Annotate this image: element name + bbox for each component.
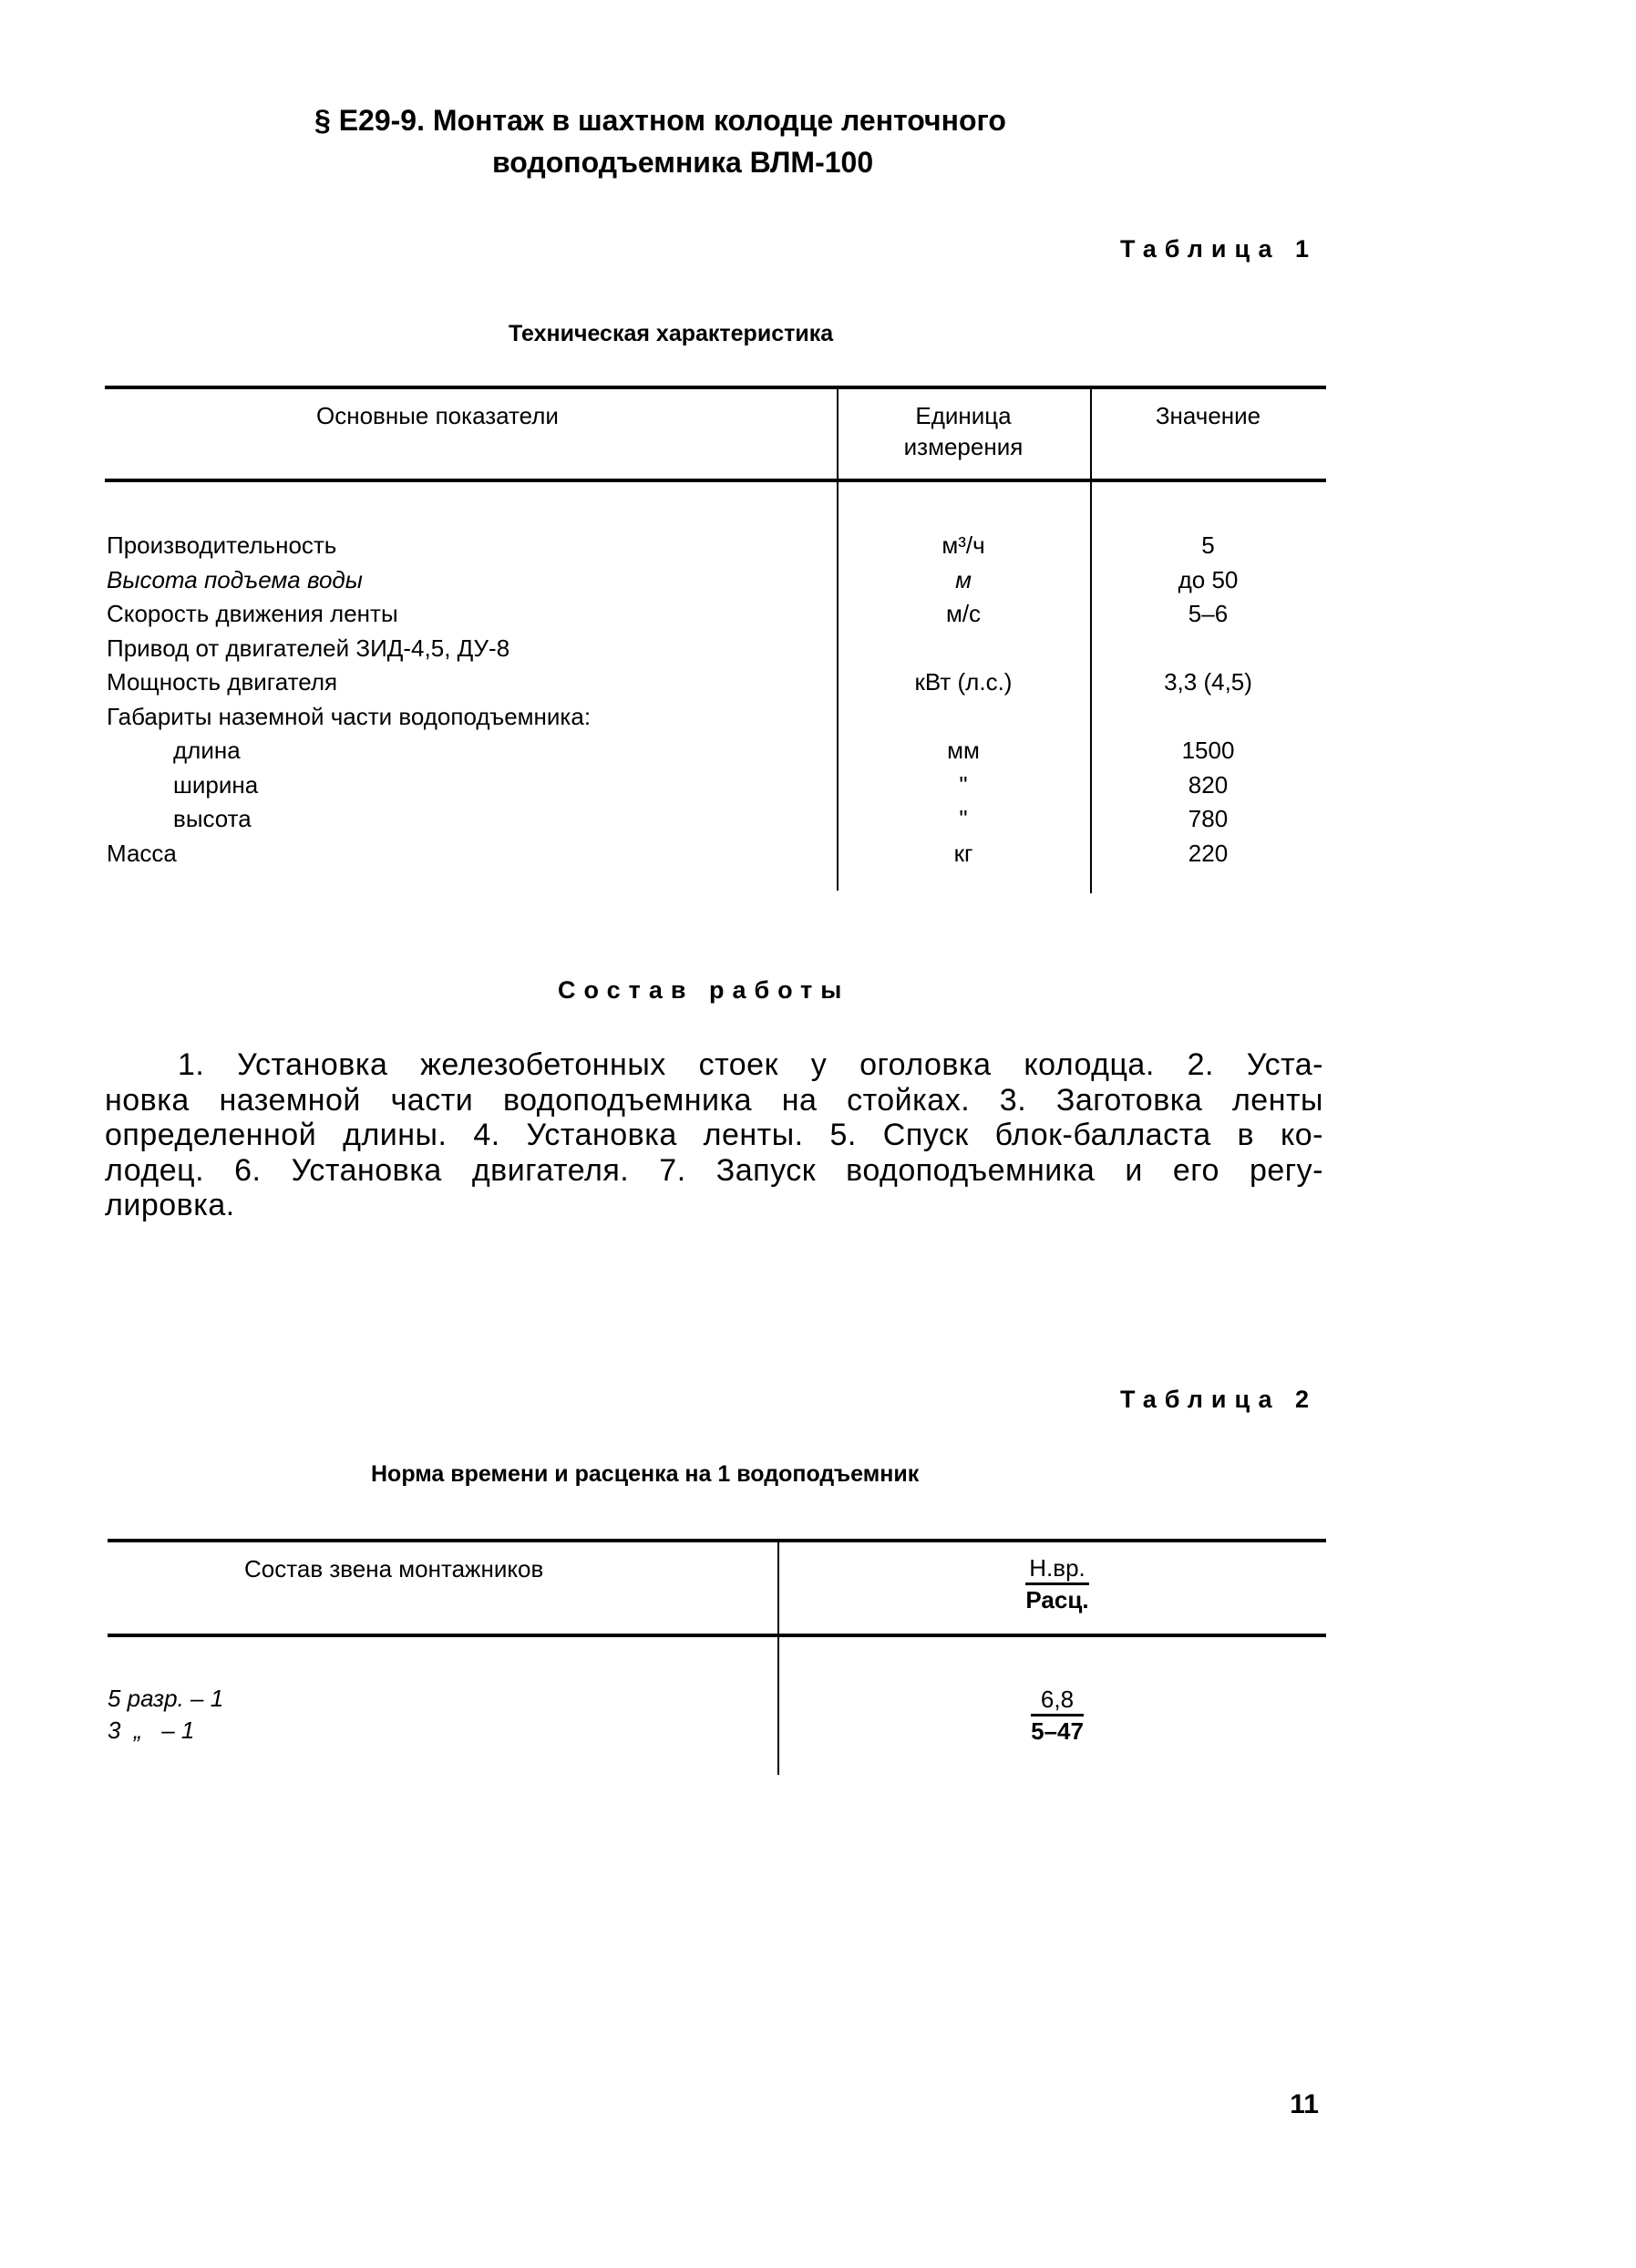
norm-time-header: Н.вр. xyxy=(1025,1553,1089,1585)
table1-caption: Техническая характеристика xyxy=(509,321,833,347)
table2-caption: Норма времени и расценка на 1 водоподъем… xyxy=(371,1461,919,1488)
page-number: 11 xyxy=(1290,2089,1319,2120)
table1-row-unit: кВт (л.с.) xyxy=(837,665,1090,700)
norm-rate-header-fraction: Н.вр. Расц. xyxy=(1025,1553,1089,1614)
table1-row-name: длина xyxy=(173,734,241,768)
table1-row-value: 820 xyxy=(1090,768,1326,803)
norm-rate-fraction: 6,8 5–47 xyxy=(1031,1685,1084,1746)
work-paragraph-line: лодец. 6. Установка двигателя. 7. Запуск… xyxy=(105,1153,1323,1189)
table1-header-unit-line2: измерения xyxy=(837,430,1090,465)
table1-row-value: 1500 xyxy=(1090,734,1326,768)
section-title-line2: водоподъемника ВЛМ-100 xyxy=(492,144,873,180)
table1-label: Таблица 1 xyxy=(1120,235,1317,263)
crew-line-1: 5 разр. – 1 xyxy=(108,1682,223,1716)
table1-row-unit: " xyxy=(837,802,1090,837)
table1-header-indicator: Основные показатели xyxy=(316,399,559,434)
section-title-line1: § Е29-9. Монтаж в шахтном колодце ленточ… xyxy=(314,102,1006,139)
work-paragraph-line: определенной длины. 4. Установка ленты. … xyxy=(105,1118,1323,1153)
table1-row-name: Мощность двигателя xyxy=(107,665,337,700)
table2-top-rule xyxy=(108,1539,1326,1542)
norm-time-value: 6,8 xyxy=(1031,1685,1084,1716)
table1-row-unit: кг xyxy=(837,837,1090,871)
table1-row-name: Производительность xyxy=(107,529,336,563)
table1-row-name: Привод от двигателей ЗИД-4,5, ДУ-8 xyxy=(107,632,509,666)
norm-rate-cell: 6,8 5–47 xyxy=(993,1685,1121,1746)
table1-row-name: Высота подъема воды xyxy=(107,563,363,598)
table2-header-rule xyxy=(108,1634,1326,1637)
table1-row-unit: мм xyxy=(837,734,1090,768)
table1-row-value: 780 xyxy=(1090,802,1326,837)
table1-row-unit: м xyxy=(837,563,1090,598)
table2-label: Таблица 2 xyxy=(1120,1386,1317,1414)
table1-row-value: 5 xyxy=(1090,529,1326,563)
table1-header-value: Значение xyxy=(1090,399,1326,434)
crew-line-2: 3 „ – 1 xyxy=(108,1714,194,1748)
work-paragraph-line: новка наземной части водоподъемника на с… xyxy=(105,1083,1323,1119)
table2-col-divider xyxy=(777,1541,779,1775)
rate-header: Расц. xyxy=(1025,1585,1089,1614)
table1-row-value: до 50 xyxy=(1090,563,1326,598)
table1-row-name: высота xyxy=(173,802,252,837)
work-paragraph-line: лировка. xyxy=(105,1188,1323,1223)
table1-header-rule xyxy=(105,479,1326,482)
table1-row-name: ширина xyxy=(173,768,258,803)
rate-value: 5–47 xyxy=(1031,1716,1084,1746)
table2-header-norm: Н.вр. Расц. xyxy=(993,1553,1121,1614)
table1-header-unit-line1: Единица xyxy=(837,399,1090,434)
work-paragraph: 1. Установка железобетонных стоек у огол… xyxy=(105,1047,1323,1223)
table1-row-name: Скорость движения ленты xyxy=(107,597,398,632)
table1-row-value: 5–6 xyxy=(1090,597,1326,632)
work-paragraph-line: 1. Установка железобетонных стоек у огол… xyxy=(105,1047,1323,1083)
table1-row-name: Масса xyxy=(107,837,177,871)
table1-row-unit: м/с xyxy=(837,597,1090,632)
table2-header-crew: Состав звена монтажников xyxy=(244,1552,543,1587)
table1-row-value: 220 xyxy=(1090,837,1326,871)
work-heading: Состав работы xyxy=(558,976,849,1005)
table1-header-unit: Единица измерения xyxy=(837,399,1090,464)
table1-row-name: Габариты наземной части водоподъемника: xyxy=(107,700,591,735)
table1-row-unit: " xyxy=(837,768,1090,803)
table1-row-value: 3,3 (4,5) xyxy=(1090,665,1326,700)
table1-top-rule xyxy=(105,386,1326,389)
table1-row-unit: м³/ч xyxy=(837,529,1090,563)
